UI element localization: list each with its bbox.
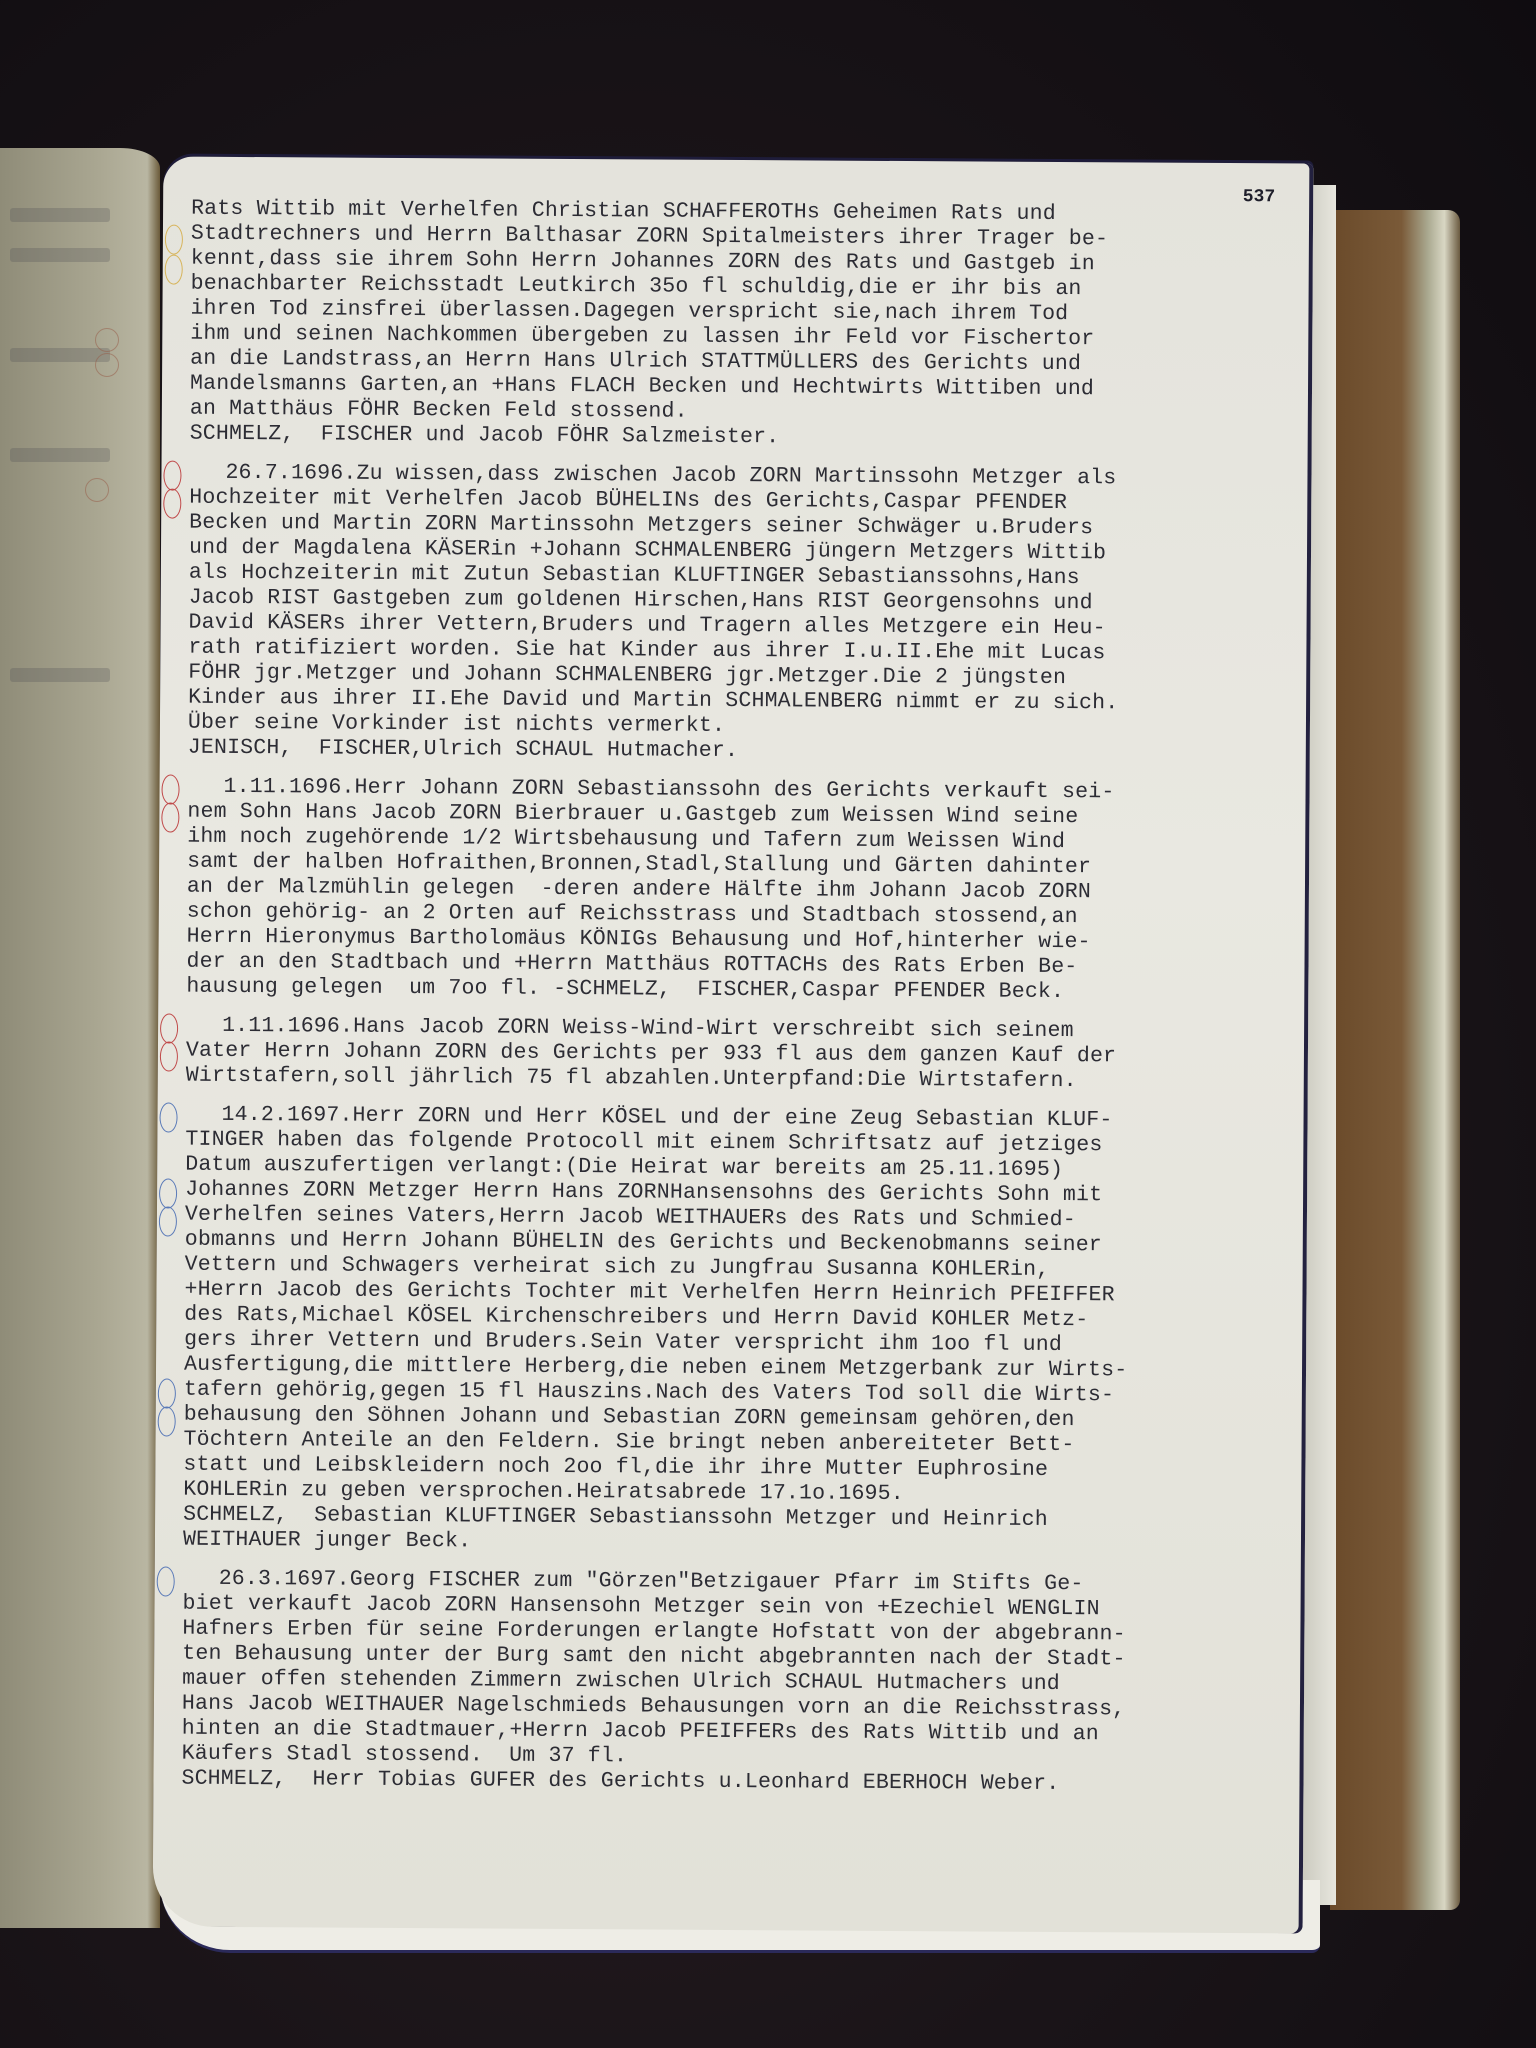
margin-circle-mark	[95, 328, 119, 352]
entry-26-3-1697: 26.3.1697.Georg FISCHER zum "Görzen"Betz…	[181, 1567, 1272, 1799]
margin-circle-mark	[85, 478, 109, 502]
entry-26-7-1696: 26.7.1696.Zu wissen,dass zwischen Jacob …	[188, 461, 1280, 768]
entry-14-2-1697: 14.2.1697.Herr ZORN und Herr KÖSEL und d…	[183, 1103, 1276, 1560]
margin-circle-note	[160, 1041, 178, 1071]
margin-circle-note	[157, 1566, 175, 1596]
ghost-text	[10, 248, 110, 262]
margin-circle-note	[159, 1102, 177, 1132]
margin-circle-note	[159, 1206, 177, 1236]
witness-line: WEITHAUER junger Beck.	[183, 1528, 1273, 1560]
ghost-text	[10, 448, 110, 462]
entry-1-11-1696-debt: 1.11.1696.Hans Jacob ZORN Weiss-Wind-Wir…	[186, 1014, 1276, 1096]
margin-circle-note	[160, 1014, 178, 1044]
margin-circle-note	[165, 225, 183, 255]
book-page-stack-edge	[1330, 210, 1460, 1910]
witness-line: JENISCH, FISCHER,Ulrich SCHAUL Hutmacher…	[188, 736, 1278, 768]
witness-line: SCHMELZ, FISCHER und Jacob FÖHR Salzmeis…	[190, 422, 1280, 454]
margin-circle-note	[158, 1406, 176, 1436]
margin-circle-note	[165, 255, 183, 285]
page-body: Rats Wittib mit Verhelfen Christian SCHA…	[181, 197, 1281, 1813]
witness-line: SCHMELZ, Herr Tobias GUFER des Gerichts …	[181, 1767, 1271, 1799]
entry-continued: Rats Wittib mit Verhelfen Christian SCHA…	[190, 197, 1282, 454]
margin-circle-mark	[95, 353, 119, 377]
entry-1-11-1696-sale: 1.11.1696.Herr Johann ZORN Sebastianssoh…	[186, 775, 1277, 1007]
facing-left-page	[0, 148, 160, 1928]
typewritten-page: 537 Rats Wittib mit Verhelfen Christian …	[153, 157, 1314, 1934]
ghost-text	[10, 668, 110, 682]
ghost-text	[10, 208, 110, 222]
margin-circle-note	[158, 1378, 176, 1408]
text-line: hausung gelegen um 7oo fl. -SCHMELZ, FIS…	[186, 975, 1276, 1007]
margin-circle-note	[163, 461, 181, 491]
margin-circle-note	[161, 803, 179, 833]
margin-circle-note	[161, 775, 179, 805]
margin-circle-note	[159, 1178, 177, 1208]
margin-circle-note	[163, 489, 181, 519]
